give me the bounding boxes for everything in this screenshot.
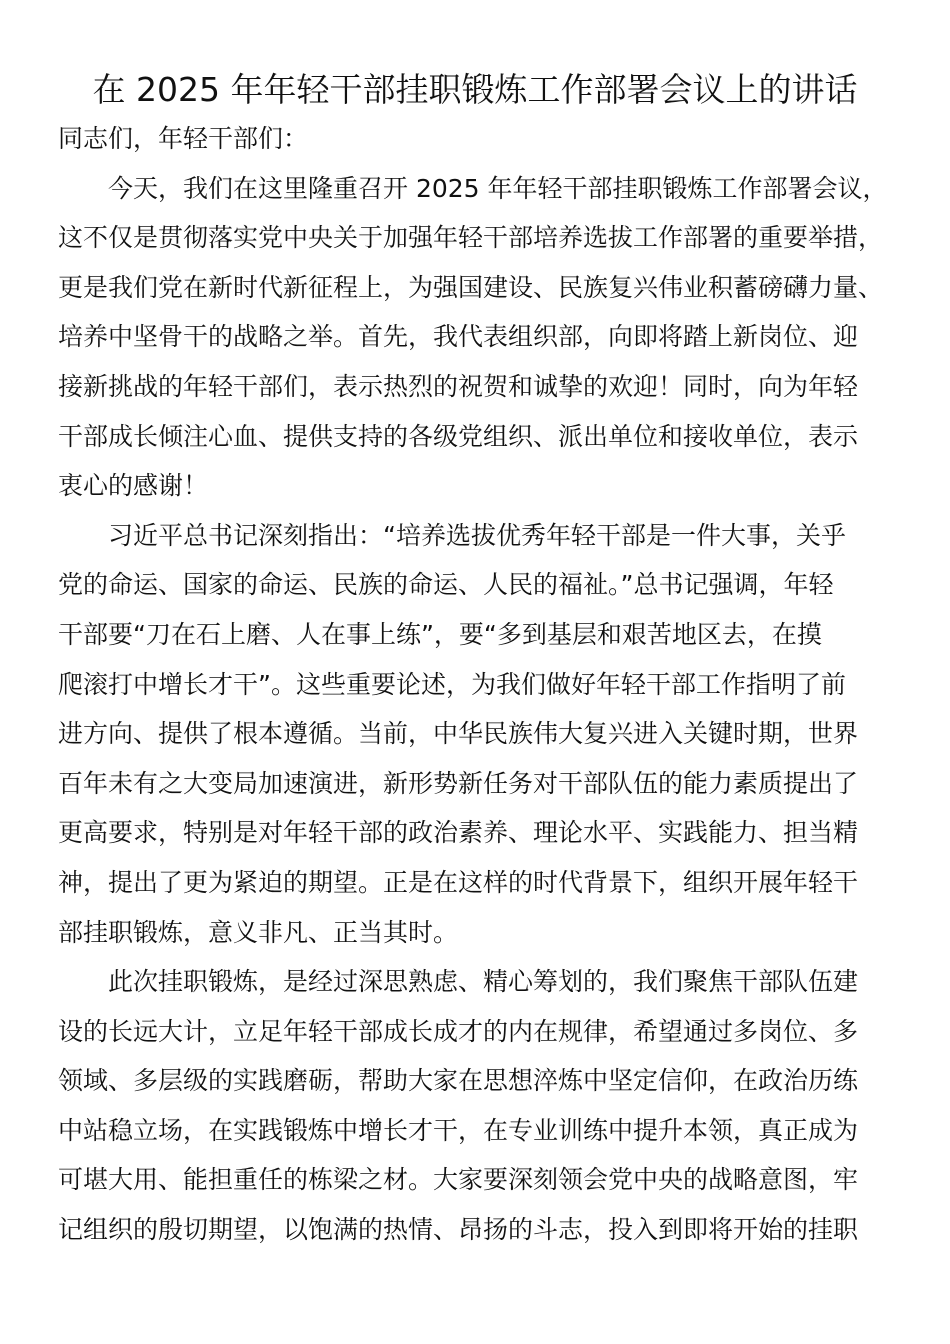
paragraph-line: 培养中坚骨干的战略之举。首先，我代表组织部，向即将踏上新岗位、迎 xyxy=(58,312,888,362)
paragraph-line: 爬滚打中增长才干”。这些重要论述，为我们做好年轻干部工作指明了前 xyxy=(58,660,888,710)
paragraph-line: 这不仅是贯彻落实党中央关于加强年轻干部培养选拔工作部署的重要举措， xyxy=(58,213,888,263)
paragraph-line: 习近平总书记深刻指出：“培养选拔优秀年轻干部是一件大事，关乎 xyxy=(58,511,888,561)
paragraph-line: 可堪大用、能担重任的栋梁之材。大家要深刻领会党中央的战略意图，牢 xyxy=(58,1155,888,1205)
paragraph-line: 更高要求，特别是对年轻干部的政治素养、理论水平、实践能力、担当精 xyxy=(58,808,888,858)
paragraph-line: 接新挑战的年轻干部们，表示热烈的祝贺和诚挚的欢迎！同时，向为年轻 xyxy=(58,362,888,412)
paragraph-line: 领域、多层级的实践磨砺，帮助大家在思想淬炼中坚定信仰，在政治历练 xyxy=(58,1056,888,1106)
paragraph-3: 此次挂职锻炼，是经过深思熟虑、精心筹划的，我们聚焦干部队伍建 设的长远大计，立足… xyxy=(58,957,888,1255)
document-page: 在 2025 年年轻干部挂职锻炼工作部署会议上的讲话 同志们，年轻干部们： 今天… xyxy=(0,0,950,1344)
paragraph-2: 习近平总书记深刻指出：“培养选拔优秀年轻干部是一件大事，关乎 党的命运、国家的命… xyxy=(58,511,888,957)
paragraph-line: 衷心的感谢！ xyxy=(58,461,888,511)
paragraph-line: 记组织的殷切期望，以饱满的热情、昂扬的斗志，投入到即将开始的挂职 xyxy=(58,1205,888,1255)
document-body: 同志们，年轻干部们： 今天，我们在这里隆重召开 2025 年年轻干部挂职锻炼工作… xyxy=(58,114,888,1255)
paragraph-1: 今天，我们在这里隆重召开 2025 年年轻干部挂职锻炼工作部署会议， 这不仅是贯… xyxy=(58,164,888,511)
paragraph-line: 此次挂职锻炼，是经过深思熟虑、精心筹划的，我们聚焦干部队伍建 xyxy=(58,957,888,1007)
paragraph-line: 党的命运、国家的命运、民族的命运、人民的福祉。”总书记强调，年轻 xyxy=(58,560,888,610)
paragraph-line: 神，提出了更为紧迫的期望。正是在这样的时代背景下，组织开展年轻干 xyxy=(58,858,888,908)
paragraph-line: 设的长远大计，立足年轻干部成长成才的内在规律，希望通过多岗位、多 xyxy=(58,1007,888,1057)
paragraph-line: 中站稳立场，在实践锻炼中增长才干，在专业训练中提升本领，真正成为 xyxy=(58,1106,888,1156)
paragraph-line: 部挂职锻炼，意义非凡、正当其时。 xyxy=(58,908,888,958)
paragraph-line: 干部要“刀在石上磨、人在事上练”，要“多到基层和艰苦地区去，在摸 xyxy=(58,610,888,660)
paragraph-line: 今天，我们在这里隆重召开 2025 年年轻干部挂职锻炼工作部署会议， xyxy=(58,164,888,214)
paragraph-line: 进方向、提供了根本遵循。当前，中华民族伟大复兴进入关键时期，世界 xyxy=(58,709,888,759)
paragraph-line: 更是我们党在新时代新征程上，为强国建设、民族复兴伟业积蓄磅礴力量、 xyxy=(58,263,888,313)
paragraph-line: 百年未有之大变局加速演进，新形势新任务对干部队伍的能力素质提出了 xyxy=(58,759,888,809)
document-title: 在 2025 年年轻干部挂职锻炼工作部署会议上的讲话 xyxy=(0,66,950,114)
paragraph-line: 干部成长倾注心血、提供支持的各级党组织、派出单位和接收单位，表示 xyxy=(58,412,888,462)
salutation: 同志们，年轻干部们： xyxy=(58,114,888,164)
